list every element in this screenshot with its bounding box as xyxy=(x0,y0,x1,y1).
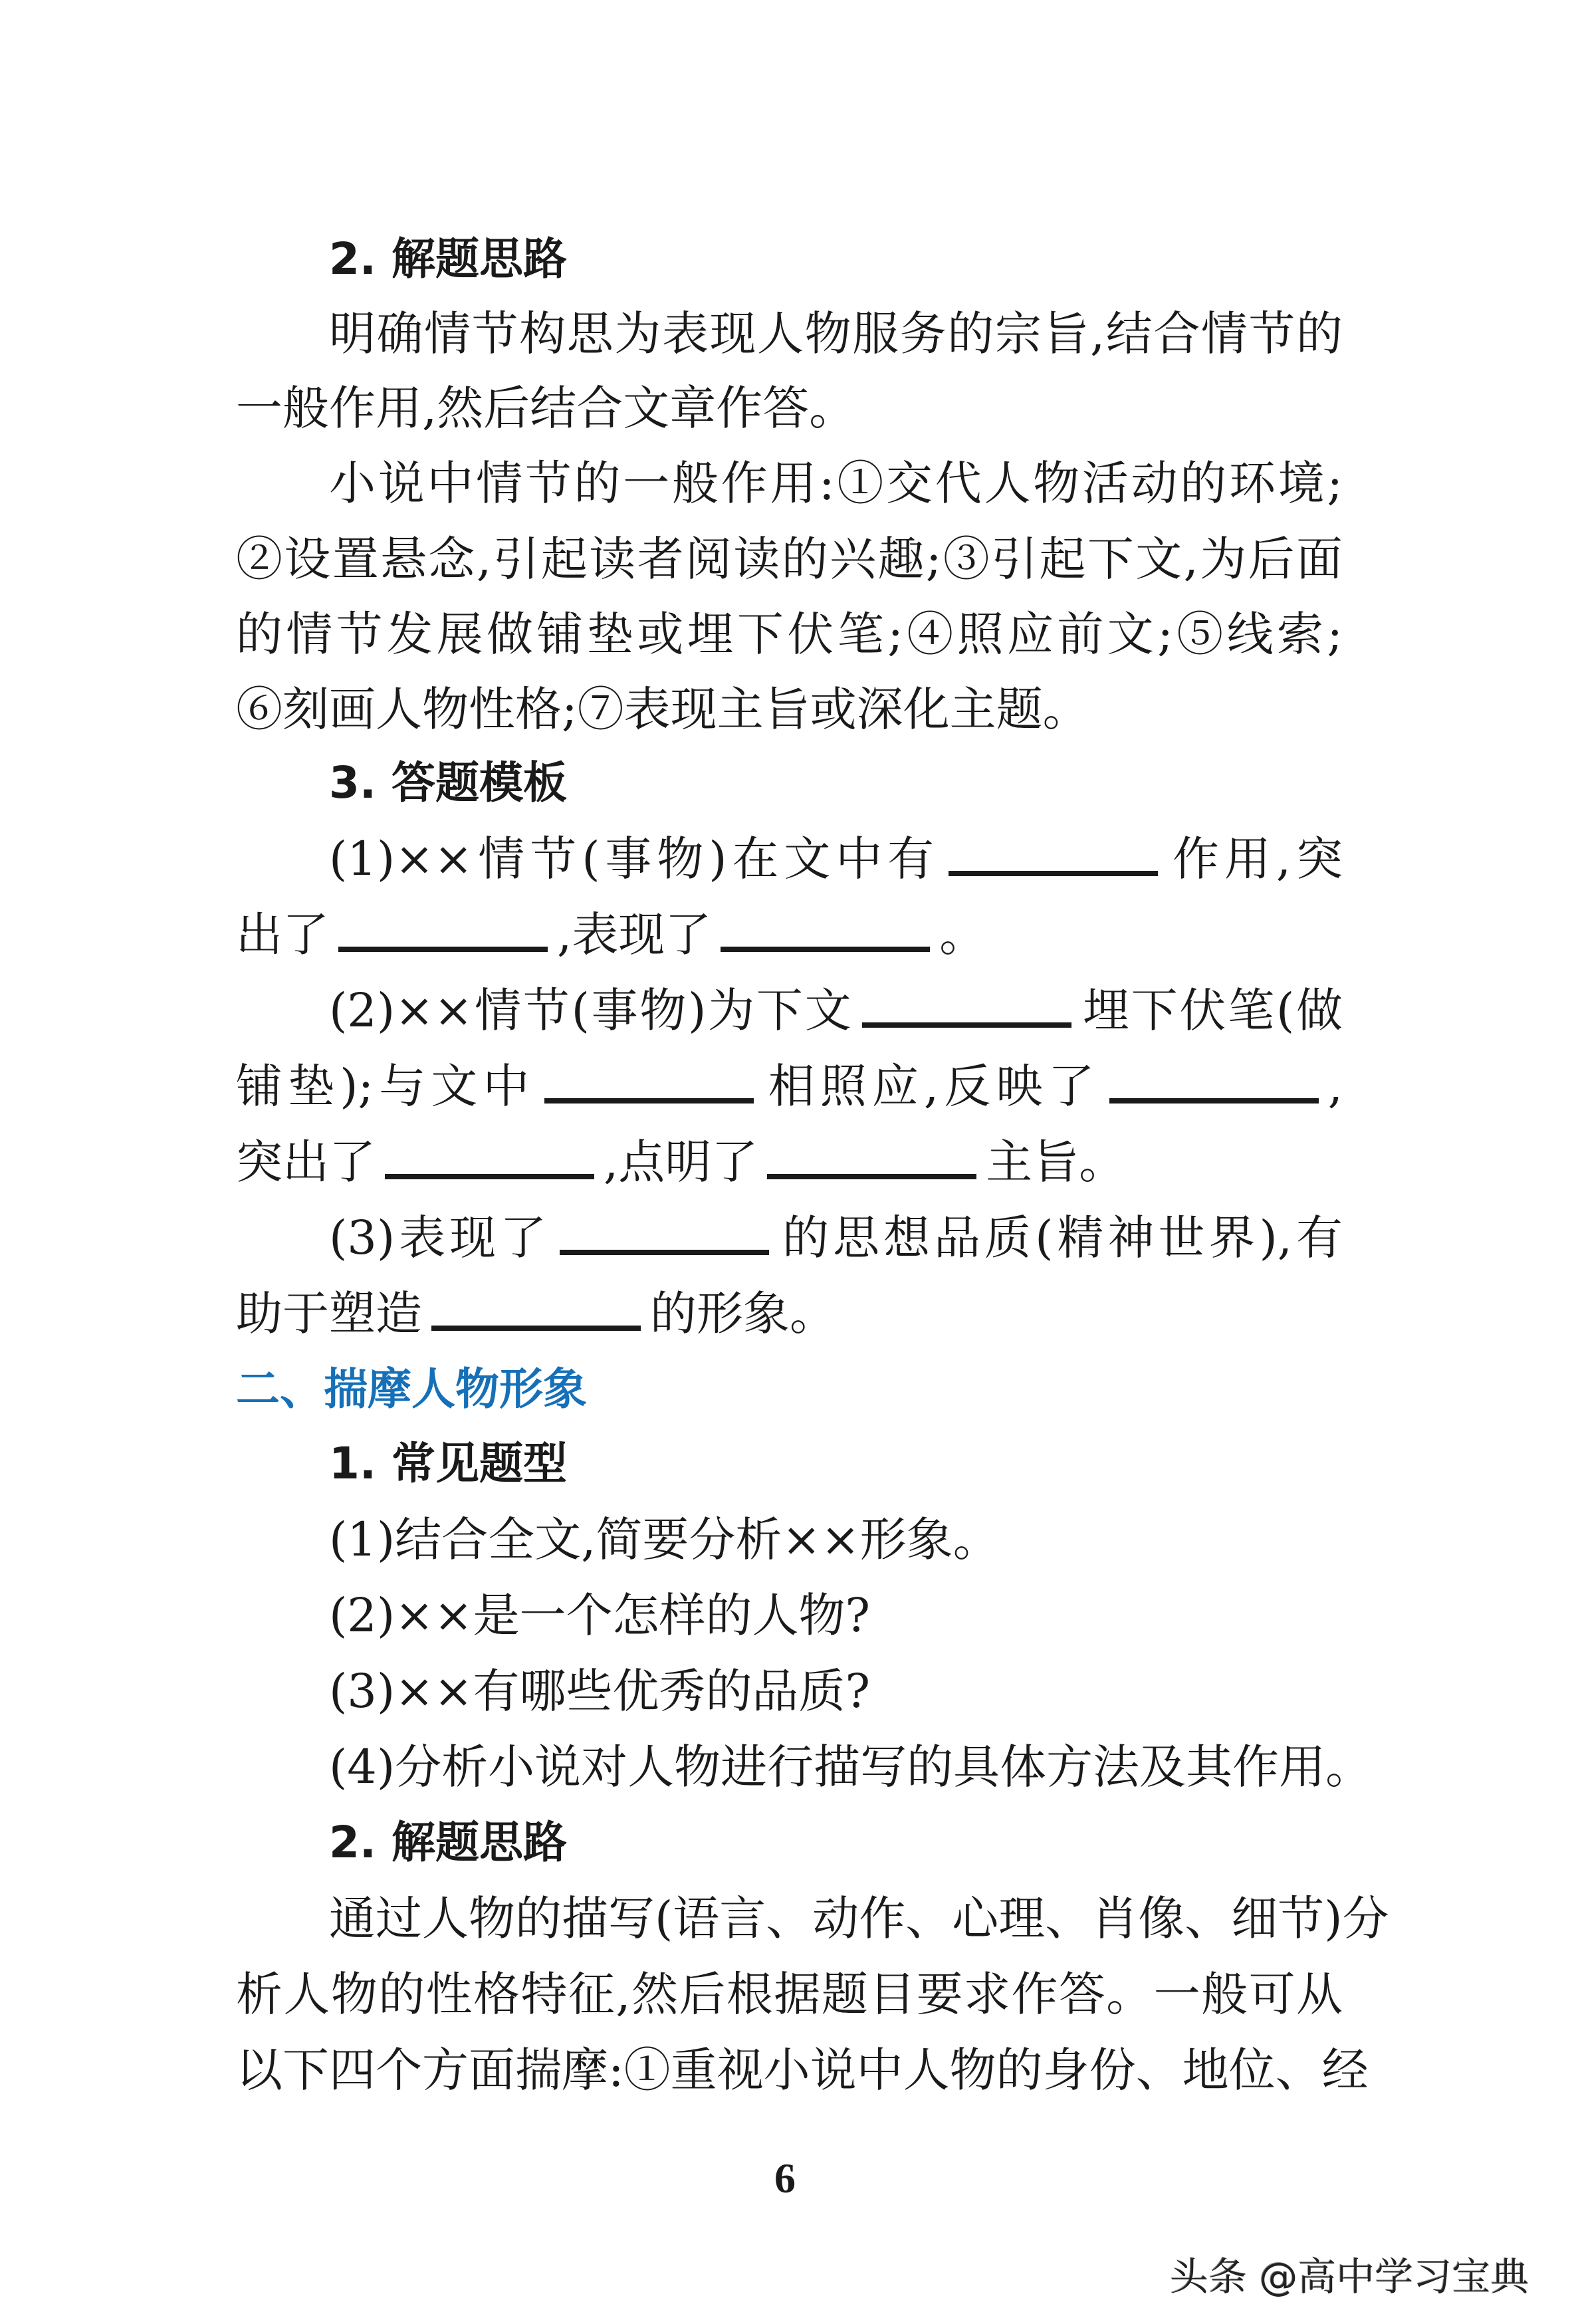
template-heading: 3. 答题模板 xyxy=(329,750,1343,816)
paragraph-line: 明确情节构思为表现人物服务的宗旨,结合情节的 xyxy=(329,300,1343,367)
answer-blank xyxy=(385,1174,594,1179)
question-type: (3)××有哪些优秀的品质? xyxy=(329,1658,1343,1724)
paragraph-line: 的情节发展做铺垫或埋下伏笔;④照应前文;⑤线索; xyxy=(236,601,1343,667)
question-type: (1)结合全文,简要分析××形象。 xyxy=(329,1506,1343,1573)
answer-blank xyxy=(721,947,930,952)
paragraph-line: 小说中情节的一般作用:①交代人物活动的环境; xyxy=(329,450,1343,517)
paragraph-line: 析人物的性格特征,然后根据题目要求作答。一般可从 xyxy=(236,1961,1343,2028)
paragraph-line: 以下四个方面揣摩:①重视小说中人物的身份、地位、经 xyxy=(236,2037,1343,2103)
text: ,点明了 xyxy=(604,1135,758,1189)
text: , xyxy=(1328,1059,1343,1113)
watermark: 头条 @高中学习宝典 xyxy=(1170,2246,1529,2301)
template-item-3: (3)表现了的思想品质(精神世界),有 xyxy=(329,1205,1343,1271)
answer-blank xyxy=(338,947,548,952)
answer-blank xyxy=(949,871,1158,876)
text: (3)表现了 xyxy=(329,1211,550,1265)
paragraph-line: 通过人物的描写(语言、动作、心理、肖像、细节)分 xyxy=(329,1885,1343,1952)
paragraph-line: ⑥刻画人物性格;⑦表现主旨或深化主题。 xyxy=(236,676,1343,743)
section-title: 二、揣摩人物形象 xyxy=(236,1356,1343,1423)
approach-heading: 2. 解题思路 xyxy=(329,226,1343,292)
answer-blank xyxy=(1109,1098,1319,1104)
question-type: (2)××是一个怎样的人物? xyxy=(329,1582,1343,1649)
answer-blank xyxy=(862,1022,1071,1028)
text: 突出了 xyxy=(236,1135,376,1189)
text: (2)××情节(事物)为下文 xyxy=(329,983,853,1038)
approach-heading-2: 2. 解题思路 xyxy=(329,1809,1343,1876)
text: ,表现了 xyxy=(557,907,711,962)
answer-blank xyxy=(560,1250,769,1255)
answer-blank xyxy=(767,1174,976,1179)
text: 埋下伏笔(做 xyxy=(1081,983,1343,1038)
text: 相照应,反映了 xyxy=(763,1059,1100,1113)
template-item-1-cont: 出了,表现了。 xyxy=(236,901,1343,968)
types-heading: 1. 常见题型 xyxy=(329,1431,1343,1497)
question-type: (4)分析小说对人物进行描写的具体方法及其作用。 xyxy=(329,1734,1343,1800)
page-number: 6 xyxy=(0,2154,1570,2203)
text: 助于塑造 xyxy=(236,1286,422,1341)
answer-blank xyxy=(431,1326,641,1331)
paragraph-line: ②设置悬念,引起读者阅读的兴趣;③引起下文,为后面 xyxy=(236,526,1343,592)
text: 的思想品质(精神世界),有 xyxy=(778,1211,1343,1265)
template-item-2: (2)××情节(事物)为下文埋下伏笔(做 xyxy=(329,977,1343,1044)
text: 主旨。 xyxy=(986,1135,1125,1189)
text: 作用,突 xyxy=(1167,832,1343,886)
text: (1)××情节(事物)在文中有 xyxy=(329,832,939,886)
text: 出了 xyxy=(236,907,329,962)
text: 铺垫);与文中 xyxy=(236,1059,535,1113)
paragraph-line: 一般作用,然后结合文章作答。 xyxy=(236,375,1343,441)
answer-blank xyxy=(544,1098,754,1104)
text: 。 xyxy=(939,907,986,962)
text: 的形象。 xyxy=(650,1286,836,1341)
template-item-3-cont: 助于塑造的形象。 xyxy=(236,1280,1343,1347)
template-item-1: (1)××情节(事物)在文中有作用,突 xyxy=(329,826,1343,892)
template-item-2-cont2: 突出了,点明了主旨。 xyxy=(236,1129,1343,1195)
template-item-2-cont: 铺垫);与文中相照应,反映了, xyxy=(236,1053,1343,1119)
